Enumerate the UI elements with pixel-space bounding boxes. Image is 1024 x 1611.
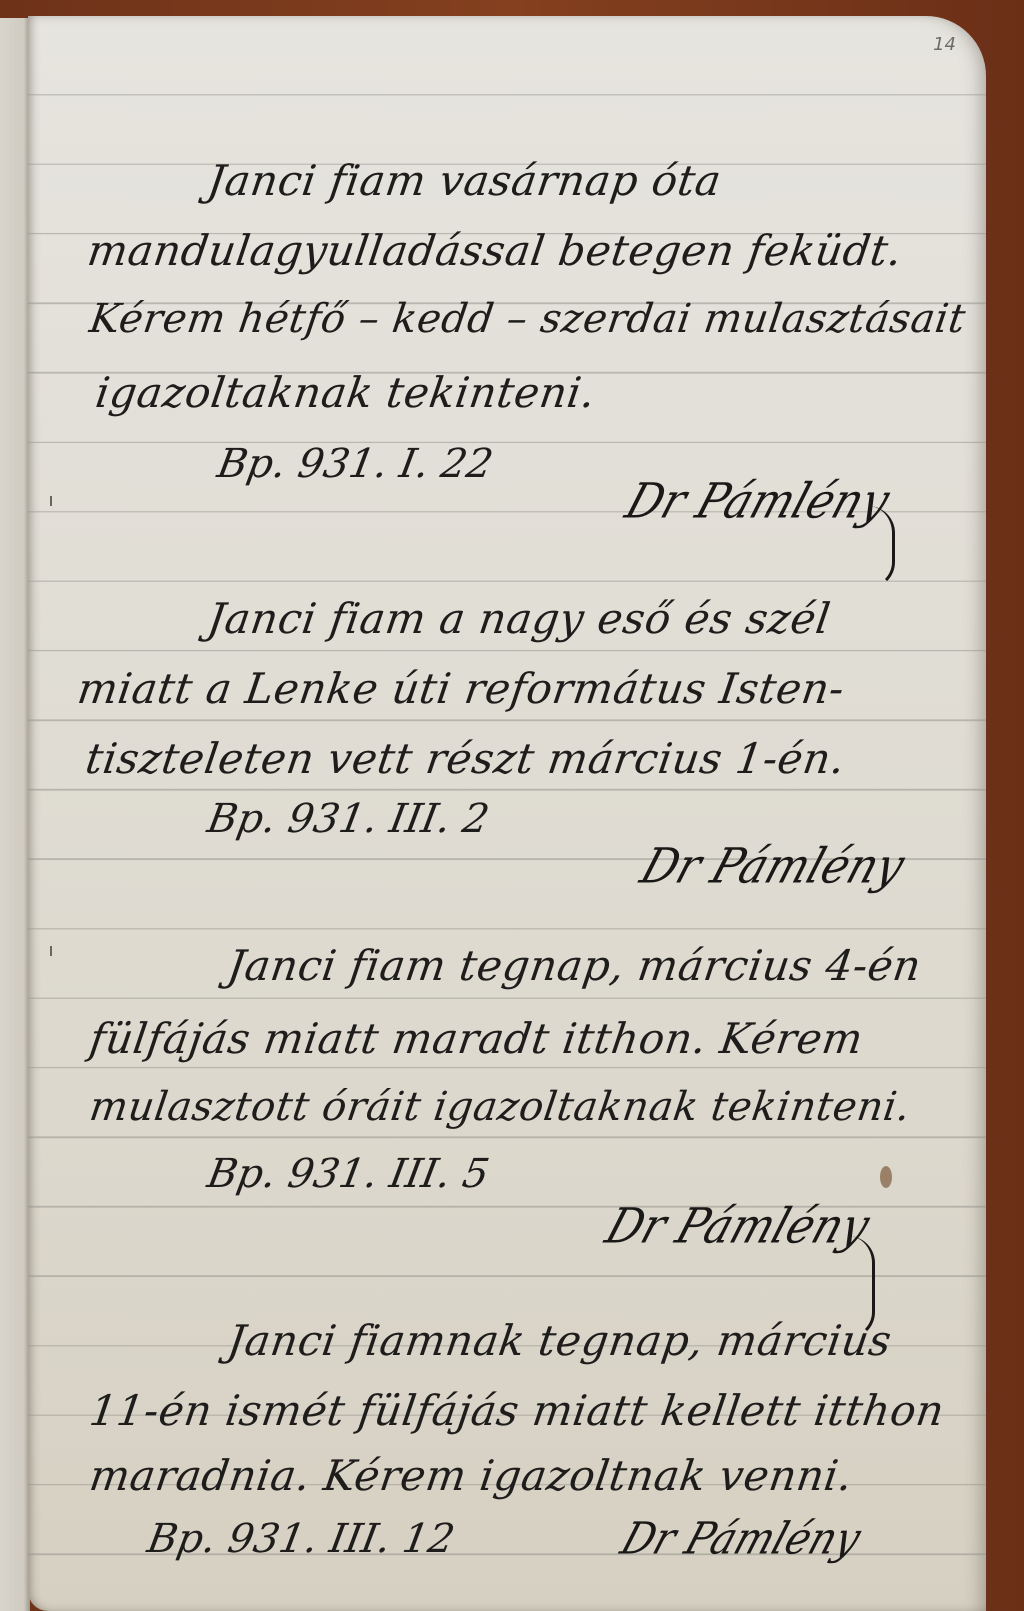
note-date: Bp. 931. I. 22 (214, 441, 496, 487)
signature: Dr Pámlény (599, 1198, 876, 1254)
ink-stain (880, 1166, 892, 1188)
note-line: mulasztott óráit igazoltaknak tekinteni. (87, 1084, 914, 1130)
note-line: Kérem hétfő – kedd – szerdai mulasztásai… (87, 296, 969, 342)
note-line: igazoltaknak tekinteni. (93, 368, 599, 417)
signature: Dr Pámlény (619, 473, 896, 529)
page-number: 14 (933, 34, 956, 55)
signature: Dr Pámlény (634, 838, 911, 894)
note-date: Bp. 931. III. 5 (204, 1151, 493, 1197)
note-line: Janci fiamnak tegnap, március (225, 1316, 895, 1365)
signature: Dr Pámlény (615, 1514, 867, 1565)
notebook-page: 14 Janci fiam vasárnap óta mandulagyulla… (28, 16, 986, 1611)
note-line: Janci fiam vasárnap óta (205, 156, 725, 205)
note-line: miatt a Lenke úti református Isten- (75, 664, 848, 713)
note-date: Bp. 931. III. 12 (144, 1516, 458, 1562)
note-line: tiszteleten vett részt március 1-én. (83, 734, 849, 783)
previous-page-edge (0, 18, 30, 1611)
note-line: Janci fiam a nagy eső és szél (205, 594, 834, 643)
note-line: mandulagyulladással betegen feküdt. (85, 226, 906, 275)
binding-stitch (50, 946, 52, 956)
note-line: 11-én ismét fülfájás miatt kellett ittho… (87, 1386, 948, 1435)
note-line: fülfájás miatt maradt itthon. Kérem (87, 1014, 867, 1063)
note-date: Bp. 931. III. 2 (204, 796, 493, 842)
binding-stitch (50, 496, 52, 506)
note-line: maradnia. Kérem igazoltnak venni. (87, 1451, 856, 1500)
note-line: Janci fiam tegnap, március 4-én (225, 941, 925, 990)
